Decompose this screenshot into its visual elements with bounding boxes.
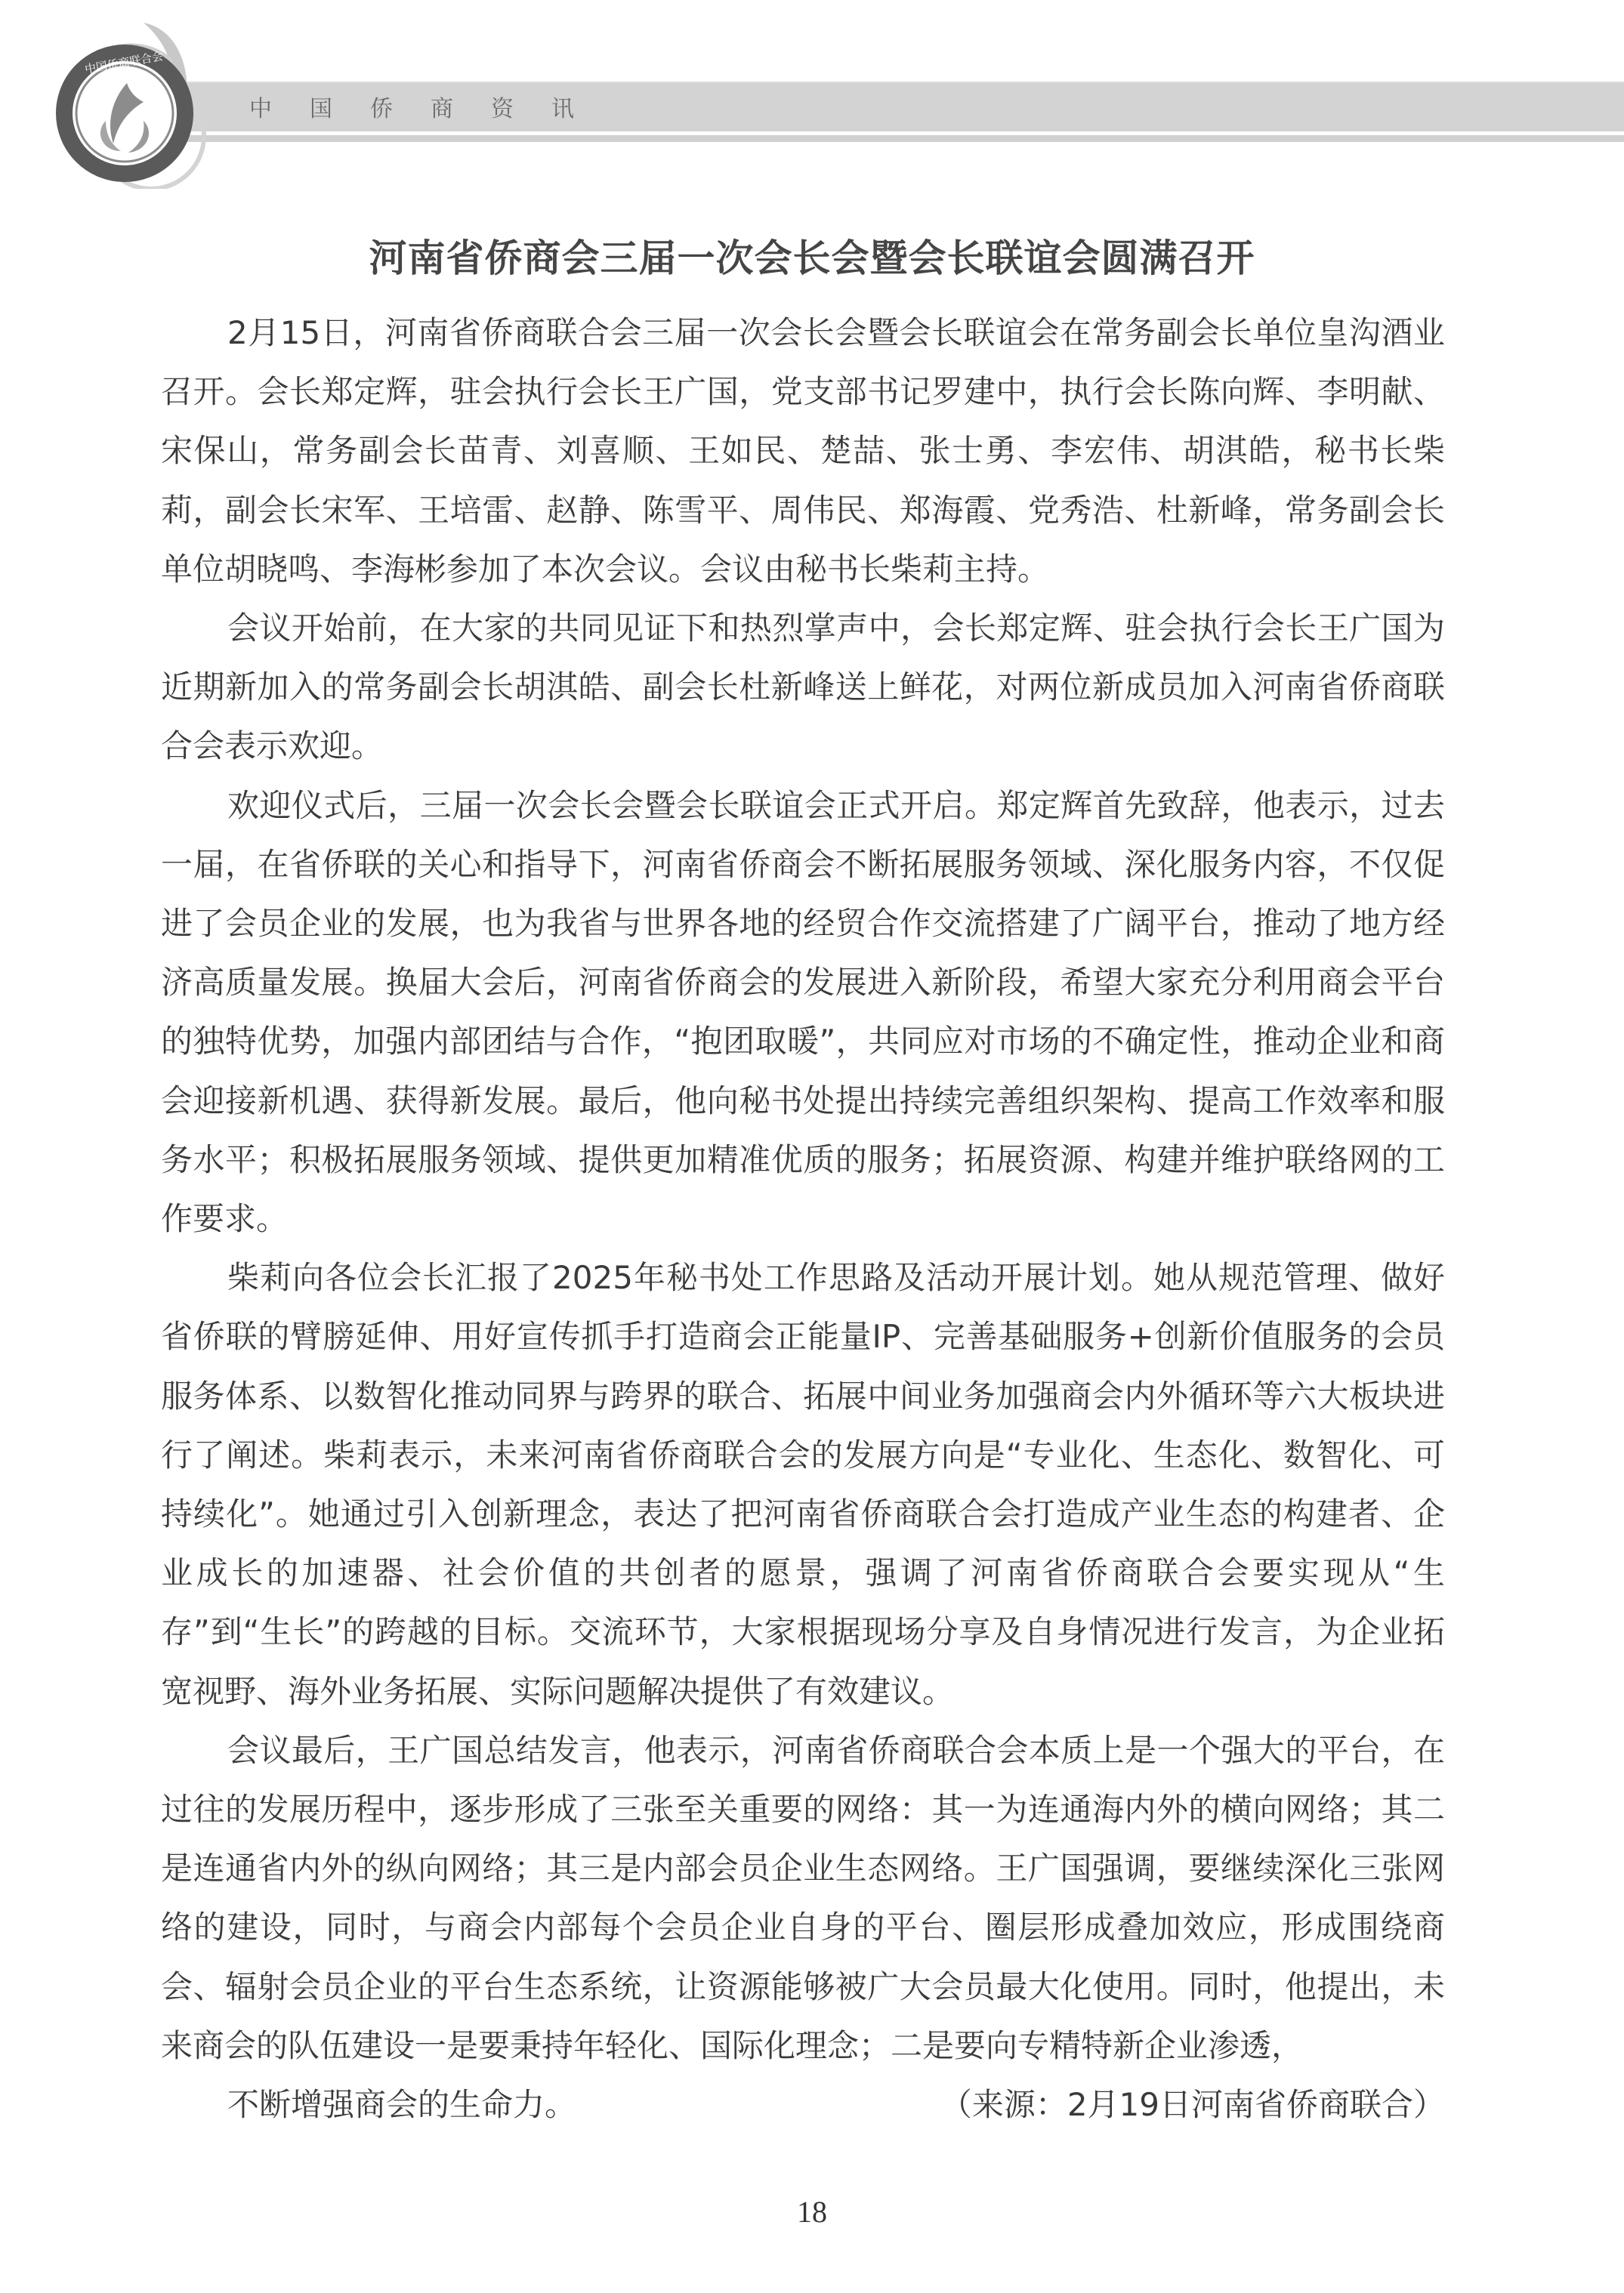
paragraph: 会议最后，王广国总结发言，他表示，河南省侨商联合会本质上是一个强大的平台，在过往… xyxy=(161,1721,1445,2075)
header-rule xyxy=(106,135,1624,142)
section-title-char: 中 xyxy=(249,90,272,123)
article-body: 2月15日，河南省侨商联合会三届一次会长会暨会长联谊会在常务副会长单位皇沟酒业召… xyxy=(161,304,1445,2134)
page-number: 18 xyxy=(0,2194,1624,2230)
federation-logo-icon: 中国侨商联合会 xyxy=(30,8,234,189)
paragraph: 会议开始前，在大家的共同见证下和热烈掌声中，会长郑定辉、驻会执行会长王广国为近期… xyxy=(161,599,1445,776)
closing-line: 不断增强商会的生命力。 （来源：2月19日河南省侨商联合） xyxy=(161,2075,1445,2134)
source-credit: （来源：2月19日河南省侨商联合） xyxy=(874,2075,1445,2134)
section-title-char: 侨 xyxy=(370,90,393,123)
section-title-char: 资 xyxy=(491,90,514,123)
section-title-char: 商 xyxy=(431,90,453,123)
paragraph: 2月15日，河南省侨商联合会三届一次会长会暨会长联谊会在常务副会长单位皇沟酒业召… xyxy=(161,304,1445,599)
paragraph: 欢迎仪式后，三届一次会长会暨会长联谊会正式开启。郑定辉首先致辞，他表示，过去一届… xyxy=(161,776,1445,1249)
section-title-char: 国 xyxy=(310,90,332,123)
section-title-char: 讯 xyxy=(551,90,574,123)
article-title: 河南省侨商会三届一次会长会暨会长联谊会圆满召开 xyxy=(0,228,1624,282)
closing-text: 不断增强商会的生命力。 xyxy=(161,2075,576,2134)
paragraph: 柴莉向各位会长汇报了2025年秘书处工作思路及活动开展计划。她从规范管理、做好省… xyxy=(161,1248,1445,1721)
section-title: 中 国 侨 商 资 讯 xyxy=(249,86,612,127)
